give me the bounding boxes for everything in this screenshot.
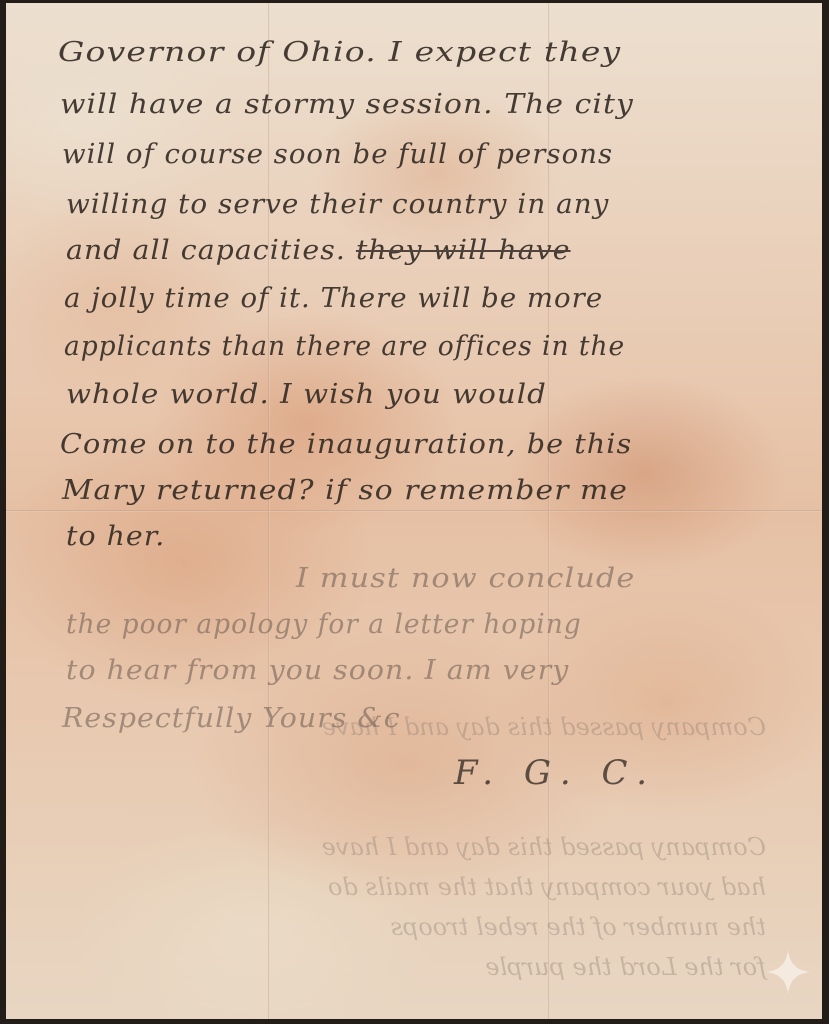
letter-line-5-text: and all capacities. xyxy=(66,235,346,266)
letter-line-9: Come on to the inauguration, be this xyxy=(60,429,632,460)
letter-line-5: and all capacities. they will have xyxy=(66,235,571,266)
sparkle-icon xyxy=(766,950,810,994)
letter-line-13: the poor apology for a letter hoping xyxy=(66,609,582,640)
bleed-through-line: had your company that the mails do xyxy=(46,873,766,901)
letter-line-14: to hear from you soon. I am very xyxy=(66,655,569,686)
signature: F. G. C. xyxy=(454,753,657,793)
letter-line-15: Respectfully Yours &c xyxy=(62,703,401,734)
letter-line-2: will have a stormy session. The city xyxy=(60,89,634,120)
letter-line-12: I must now conclude xyxy=(296,563,635,594)
letter-page: Company passed this day and I have Compa… xyxy=(6,3,822,1019)
bleed-through-line: the number of the rebel troops xyxy=(46,913,766,941)
letter-line-3: will of course soon be full of persons xyxy=(62,139,613,170)
struck-out-text: they will have xyxy=(356,235,571,266)
letter-line-1: Governor of Ohio. I expect they xyxy=(58,37,621,68)
letter-line-10: Mary returned? if so remember me xyxy=(62,475,628,506)
bleed-through-line: for the Lord the purple xyxy=(46,953,766,981)
letter-line-7: applicants than there are offices in the xyxy=(64,331,625,362)
scan-frame: Company passed this day and I have Compa… xyxy=(0,0,829,1024)
letter-line-6: a jolly time of it. There will be more xyxy=(64,283,603,314)
bleed-through-line: Company passed this day and I have xyxy=(46,833,766,861)
letter-line-4: willing to serve their country in any xyxy=(66,189,609,220)
letter-line-11: to her. xyxy=(66,521,165,552)
letter-line-8: whole world. I wish you would xyxy=(66,379,547,410)
horizontal-fold-line xyxy=(6,510,822,512)
